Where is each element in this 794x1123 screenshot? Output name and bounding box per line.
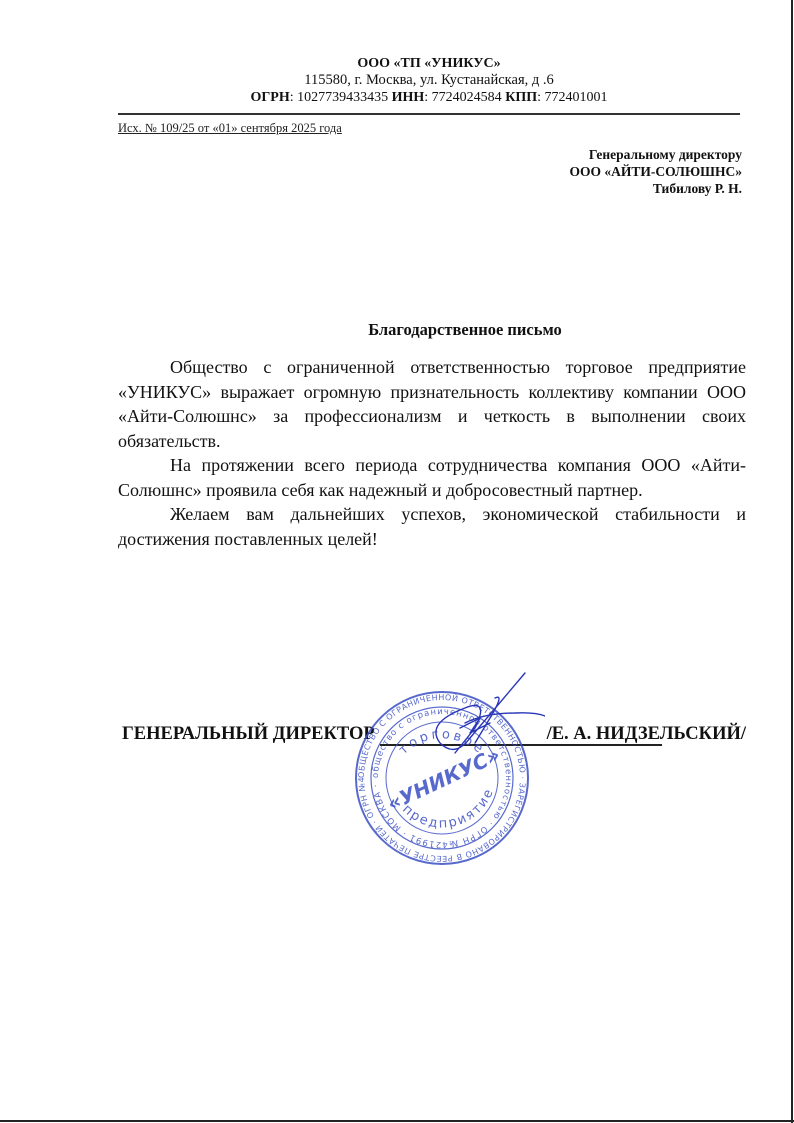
company-registration: ОГРН: 1027739433435 ИНН: 7724024584 КПП:… [0, 89, 794, 106]
addressee-company: ООО «АЙТИ-СОЛЮШНС» [569, 163, 742, 180]
addressee-block: Генеральному директору ООО «АЙТИ-СОЛЮШНС… [569, 146, 742, 197]
outgoing-reference: Исх. № 109/25 от «01» сентября 2025 года [118, 121, 342, 136]
inn-value: : 7724024584 [424, 90, 505, 105]
ogrn-value: : 1027739433435 [290, 90, 392, 105]
addressee-name: Тибилову Р. Н. [569, 180, 742, 197]
letter-title: Благодарственное письмо [0, 320, 794, 340]
inn-label: ИНН [392, 90, 425, 105]
page-border-bottom [0, 1120, 794, 1122]
handwritten-signature-icon [395, 668, 545, 778]
letterhead: ООО «ТП «УНИКУС» 115580, г. Москва, ул. … [0, 55, 794, 106]
addressee-position: Генеральному директору [569, 146, 742, 163]
paragraph: Общество с ограниченной ответственностью… [118, 355, 746, 453]
signatory-name: /Е. А. НИДЗЕЛЬСКИЙ/ [547, 724, 746, 745]
company-name: ООО «ТП «УНИКУС» [0, 55, 794, 72]
company-address: 115580, г. Москва, ул. Кустанайская, д .… [0, 72, 794, 89]
letterhead-divider [118, 113, 740, 115]
kpp-value: : 772401001 [537, 90, 607, 105]
page-border-right [791, 0, 793, 1123]
kpp-label: КПП [505, 90, 537, 105]
ogrn-label: ОГРН [250, 90, 289, 105]
paragraph: Желаем вам дальнейших успехов, экономиче… [118, 502, 746, 551]
paragraph: На протяжении всего периода сотрудничест… [118, 453, 746, 502]
letter-body: Общество с ограниченной ответственностью… [118, 355, 746, 551]
signatory-position: ГЕНЕРАЛЬНЫЙ ДИРЕКТОР [122, 724, 375, 745]
